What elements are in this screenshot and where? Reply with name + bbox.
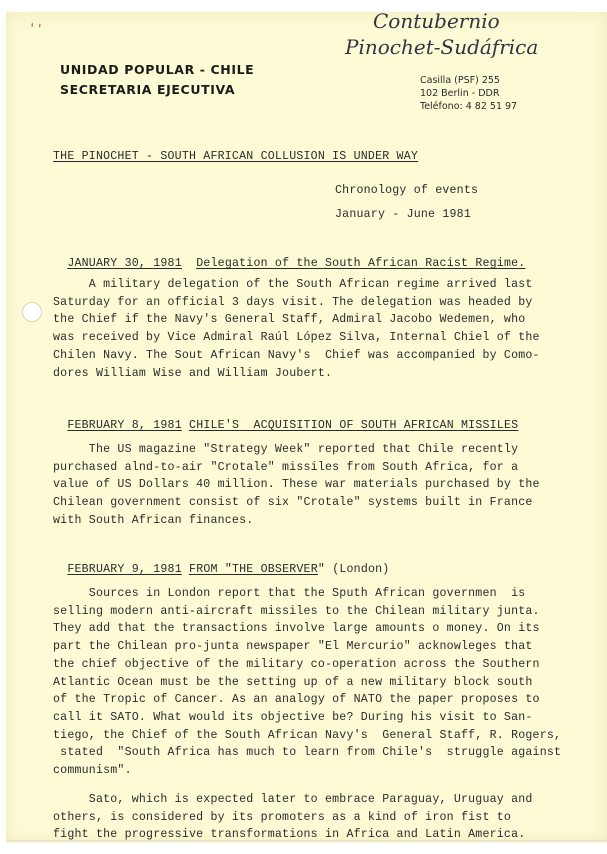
text-line: of the Tropic of Cancer. As an analogy o… <box>53 691 563 709</box>
text-line: dores William Wise and William Joubert. <box>53 365 563 383</box>
section-paragraph: Sato, which is expected later to embrace… <box>53 791 563 844</box>
section-title: CHILE'S ACQUISITION OF SOUTH AFRICAN MIS… <box>189 419 518 432</box>
text-line: call it SATO. What would its objective b… <box>53 709 563 727</box>
text-line: value of US Dollars 40 million. These wa… <box>53 476 563 494</box>
margin-pen-marks: ' ' <box>29 22 42 38</box>
document-subtitle: Chronology of events <box>335 184 478 197</box>
text-line: Chilen Navy. The Sout African Navy's Chi… <box>53 347 563 365</box>
text-line: fight the progressive transformations in… <box>53 826 563 844</box>
section-paragraph: A military delegation of the South Afric… <box>53 276 563 382</box>
text-line: was received by Vice Admiral Raúl López … <box>53 329 563 347</box>
section-paragraph: The US magazine "Strategy Week" reported… <box>53 441 563 530</box>
address-line: Casilla (PSF) 255 <box>420 74 517 87</box>
text-line: A military delegation of the South Afric… <box>53 276 563 294</box>
handwritten-line-1: Contubernio <box>345 8 538 34</box>
text-line: others, is considered by its promoters a… <box>53 809 563 827</box>
document-date-range: January - June 1981 <box>335 208 471 221</box>
text-line: Sato, which is expected later to embrace… <box>53 791 563 809</box>
text-line: They add that the transactions involve l… <box>53 620 563 638</box>
text-line: communism". <box>53 762 563 780</box>
text-line: purchased alnd-to-air "Crotale" missiles… <box>53 459 563 477</box>
org-department: SECRETARIA EJECUTIVA <box>60 80 254 100</box>
section-title: FROM "THE OBSERVER <box>189 563 318 576</box>
letterhead-organization: UNIDAD POPULAR - CHILE SECRETARIA EJECUT… <box>60 60 254 100</box>
text-line: selling modern anti-aircraft missiles to… <box>53 603 563 621</box>
handwritten-note: Contubernio Pinochet-Sudáfrica <box>345 8 538 60</box>
section-heading: JANUARY 30, 1981 Delegation of the South… <box>53 244 525 270</box>
section-title: Delegation of the South African Racist R… <box>196 257 525 270</box>
text-line: the chief objective of the military co-o… <box>53 656 563 674</box>
section-heading: FEBRUARY 8, 1981 CHILE'S ACQUISITION OF … <box>53 406 518 432</box>
section-paragraph: Sources in London report that the Sputh … <box>53 585 563 780</box>
text-line: part the Chilean pro-junta newspaper "El… <box>53 638 563 656</box>
section-title-suffix: " (London) <box>318 563 390 576</box>
section-date: FEBRUARY 8, 1981 <box>67 419 182 432</box>
text-line: Sources in London report that the Sputh … <box>53 585 563 603</box>
punch-hole-top <box>22 302 42 322</box>
letterhead-address: Casilla (PSF) 255 102 Berlin - DDR Teléf… <box>420 74 517 113</box>
text-line: the Chief if the Navy's General Staff, A… <box>53 311 563 329</box>
text-line: stated "South Africa has much to learn f… <box>53 744 563 762</box>
text-line: The US magazine "Strategy Week" reported… <box>53 441 563 459</box>
section-date: FEBRUARY 9, 1981 <box>67 563 182 576</box>
text-line: tiego, the Chief of the South African Na… <box>53 727 563 745</box>
document-title: THE PINOCHET - SOUTH AFRICAN COLLUSION I… <box>53 150 418 163</box>
text-line: Chilean government consist of six "Crota… <box>53 494 563 512</box>
text-line: Atlantic Ocean must be the setting up of… <box>53 674 563 692</box>
address-line: 102 Berlin - DDR <box>420 87 517 100</box>
address-phone: Teléfono: 4 82 51 97 <box>420 100 517 113</box>
section-heading: FEBRUARY 9, 1981 FROM "THE OBSERVER" (Lo… <box>53 550 389 576</box>
text-line: Saturday for an official 3 days visit. T… <box>53 294 563 312</box>
section-date: JANUARY 30, 1981 <box>67 257 182 270</box>
handwritten-line-2: Pinochet-Sudáfrica <box>345 34 538 60</box>
org-name: UNIDAD POPULAR - CHILE <box>60 60 254 80</box>
text-line: with South African finances. <box>53 512 563 530</box>
